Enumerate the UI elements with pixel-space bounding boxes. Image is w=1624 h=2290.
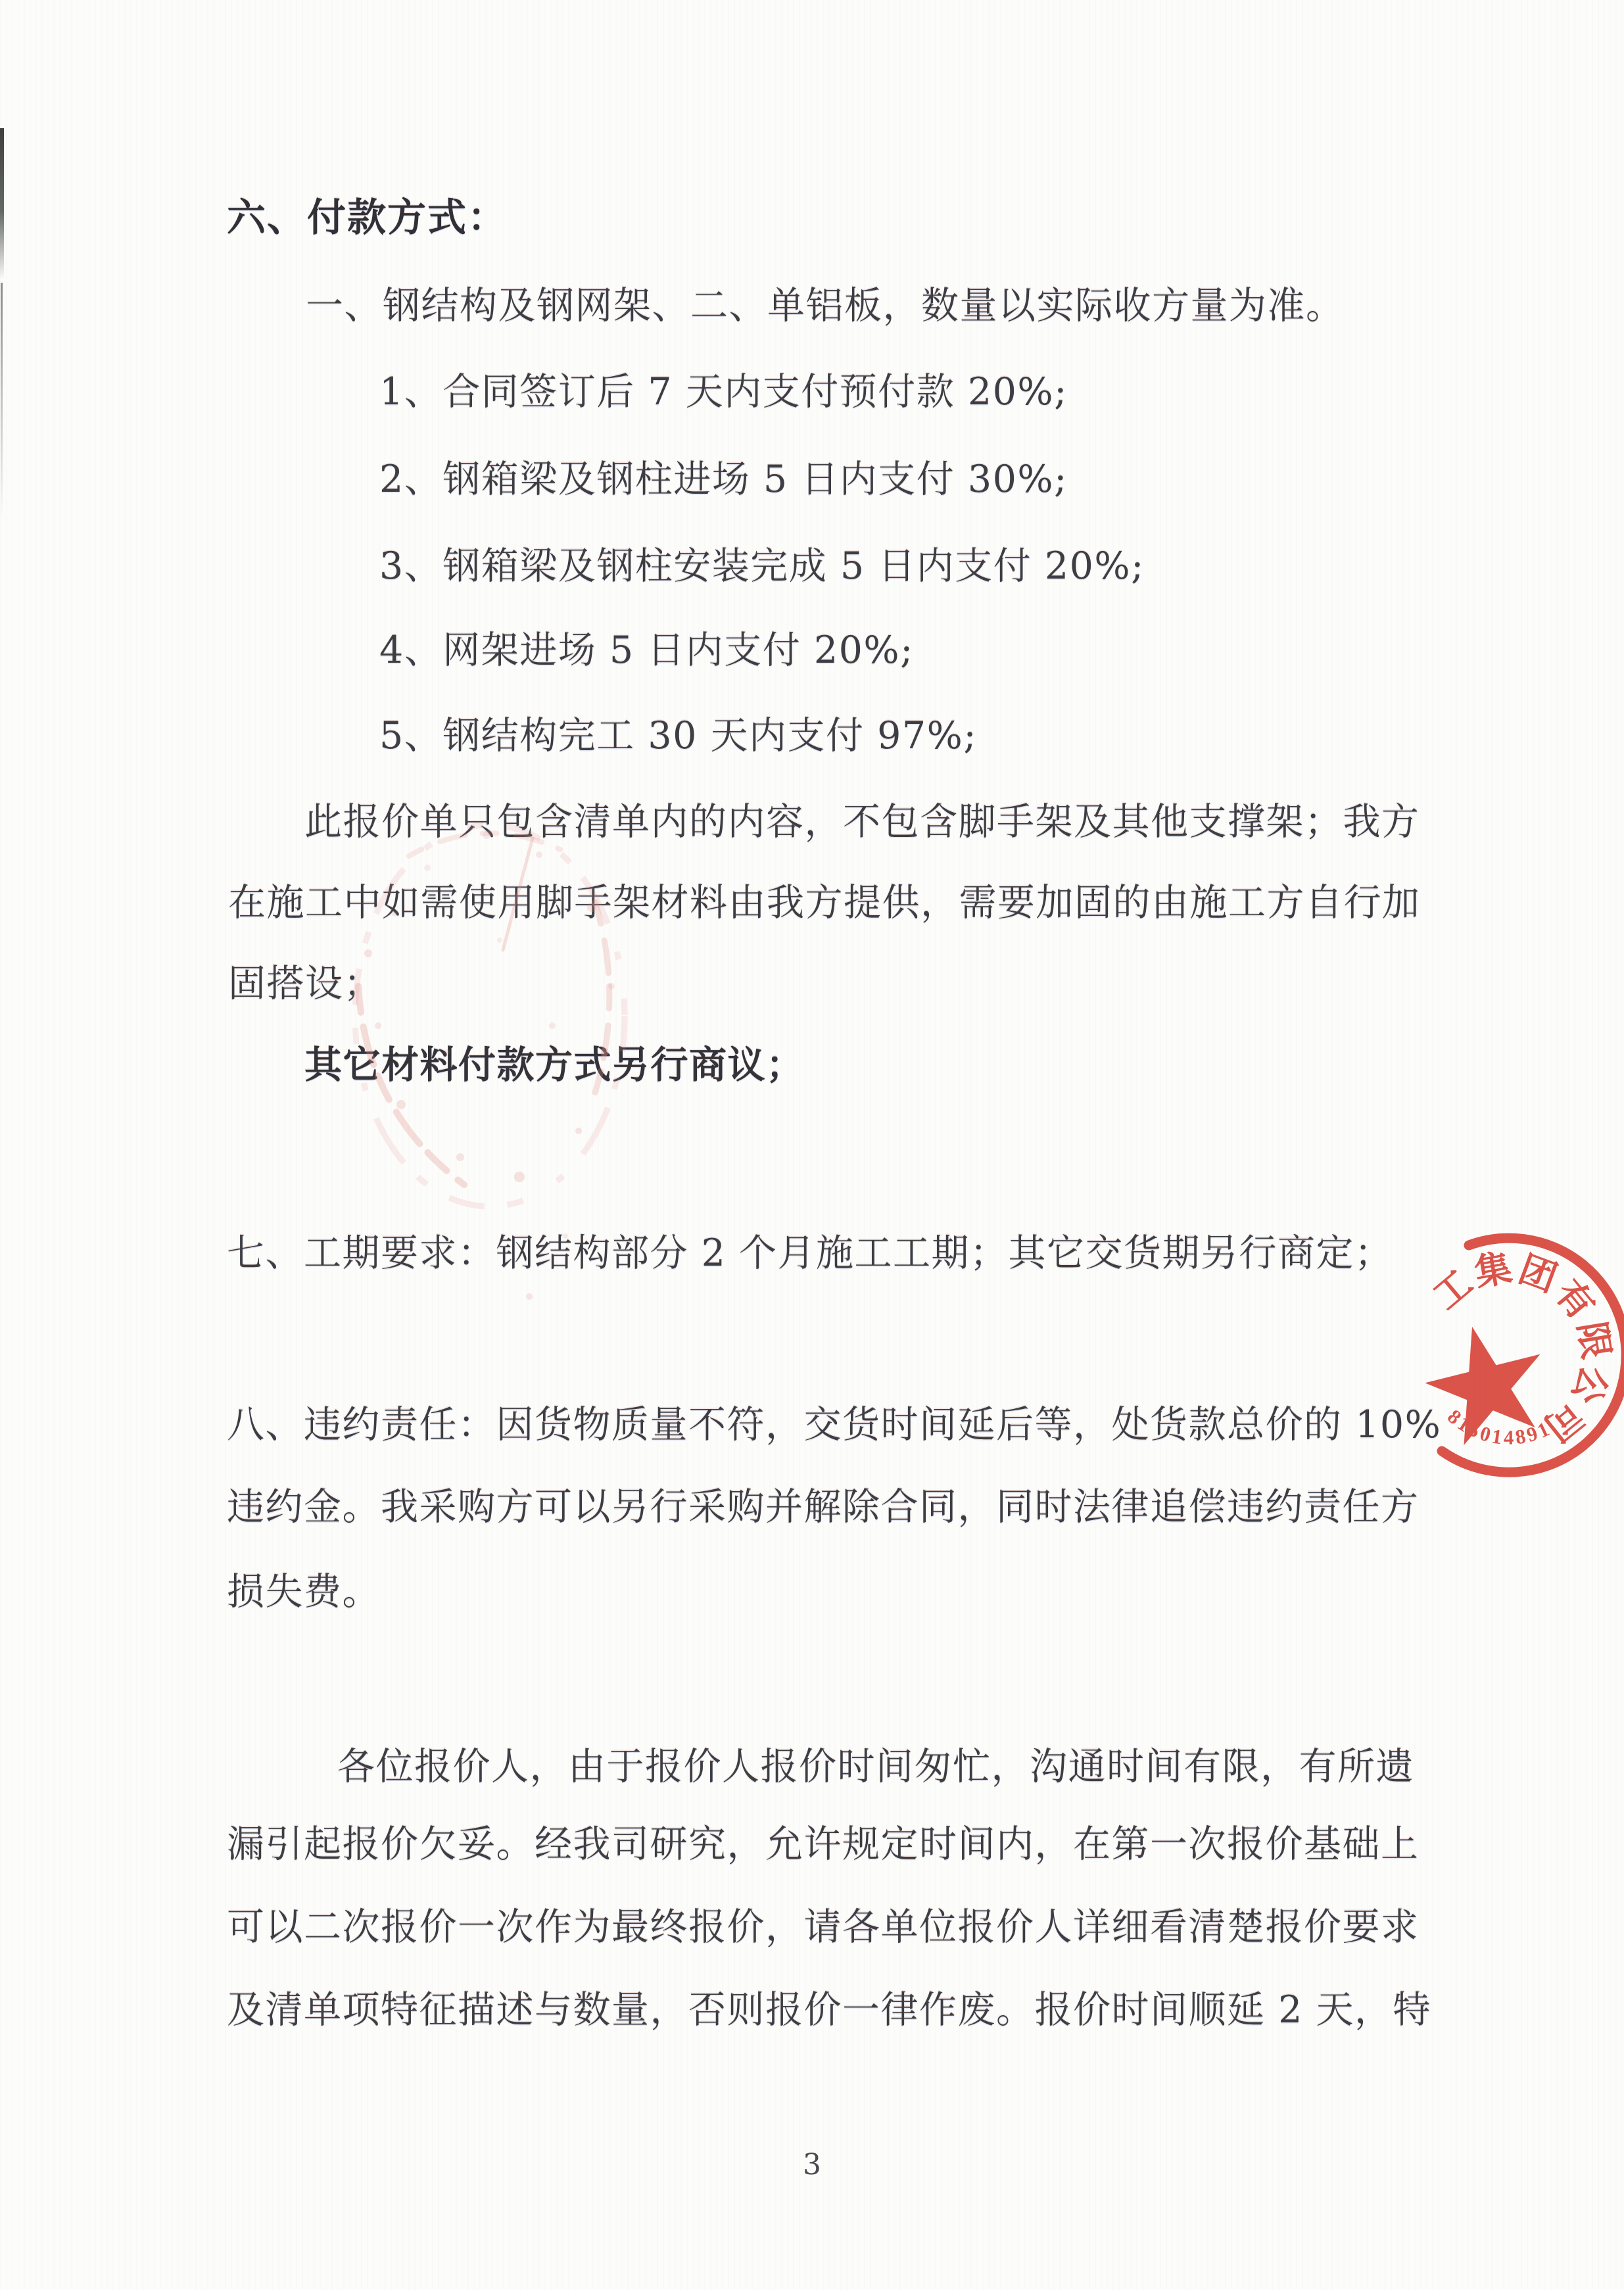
closing-line-1: 各位报价人，由于报价人报价时间匆忙，沟通时间有限，有所遗: [337, 1748, 1414, 1786]
company-seal-stamp: 工集团有限公司 815014891: [1414, 1238, 1624, 1472]
closing-line-3: 可以二次报价一次作为最终报价，请各单位报价人详细看清楚报价要求: [227, 1909, 1420, 1946]
payment-intro-line: 一、钢结构及钢网架、二、单铝板，数量以实际收方量为准。: [306, 287, 1345, 325]
payment-item-3: 3、钢箱梁及钢柱安装完成 5 日内支付 20%;: [379, 548, 1145, 585]
closing-line-4: 及清单项特征描述与数量，否则报价一律作废。报价时间顺延 2 天，特: [227, 1992, 1431, 2029]
other-materials-note: 其它材料付款方式另行商议；: [304, 1046, 805, 1084]
section8-line-1: 八、违约责任：因货物质量不符，交货时间延后等，处货款总价的 10%: [227, 1406, 1441, 1444]
document-page: 六、付款方式： 一、钢结构及钢网架、二、单铝板，数量以实际收方量为准。 1、合同…: [0, 0, 1624, 2290]
payment-item-5: 5、钢结构完工 30 天内支付 97%;: [379, 717, 977, 755]
payment-item-4: 4、网架进场 5 日内支付 20%;: [379, 632, 914, 669]
section7-line: 七、工期要求：钢结构部分 2 个月施工工期；其它交货期另行商定；: [227, 1235, 1393, 1272]
closing-line-2: 漏引起报价欠妥。经我司研究，允许规定时间内，在第一次报价基础上: [227, 1826, 1420, 1863]
seal-ring: [1442, 1238, 1624, 1472]
scan-edge-artifact: [0, 128, 4, 279]
quote-note-line-3: 固搭设；: [228, 965, 382, 1003]
seal-company-name: 工集团有限公司: [1425, 1245, 1619, 1451]
seal-serial-number: 815014891: [1443, 1404, 1555, 1448]
payment-item-1: 1、合同签订后 7 天内支付预付款 20%;: [379, 373, 1068, 411]
quote-note-line-2: 在施工中如需使用脚手架材料由我方提供，需要加固的由施工方自行加: [228, 884, 1421, 922]
page-number: 3: [0, 2150, 1624, 2180]
section8-line-3: 损失费。: [227, 1573, 381, 1611]
section8-line-2: 违约金。我采购方可以另行采购并解除合同，同时法律追偿违约责任方: [227, 1489, 1420, 1526]
payment-item-2: 2、钢箱梁及钢柱进场 5 日内支付 30%;: [379, 461, 1068, 498]
quote-note-line-1: 此报价单只包含清单内的内容，不包含脚手架及其他支撑架；我方: [304, 803, 1420, 841]
scan-edge-artifact: [1, 283, 3, 519]
section6-heading: 六、付款方式：: [227, 199, 508, 236]
